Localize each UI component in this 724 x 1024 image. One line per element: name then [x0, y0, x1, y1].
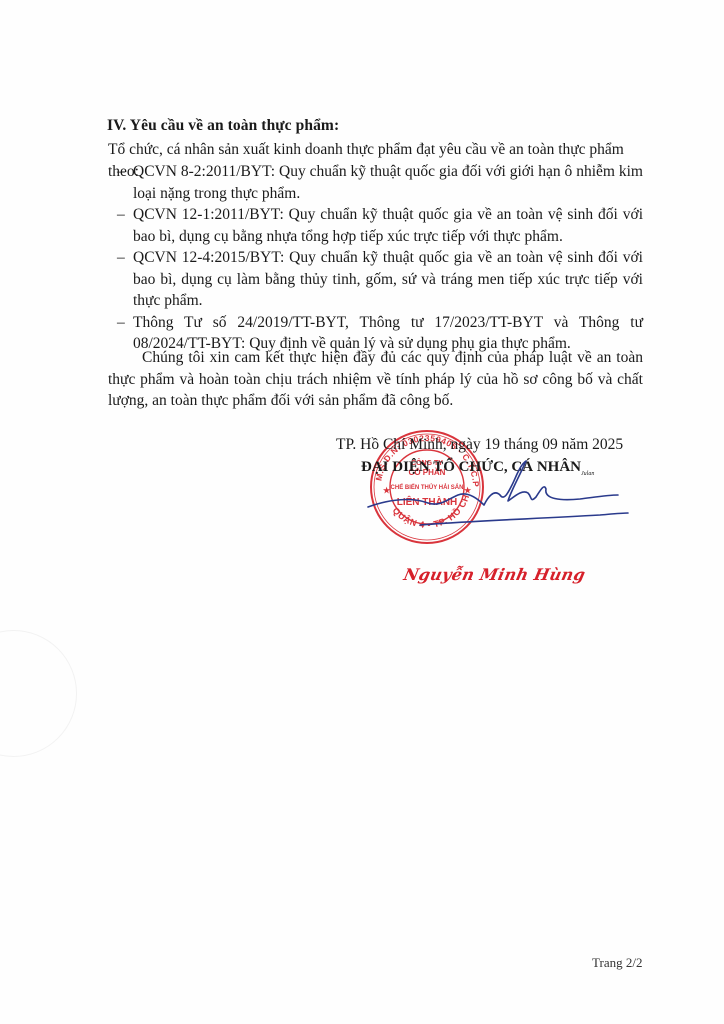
page-number: Trang 2/2 — [592, 955, 642, 971]
document-page: IV. Yêu cầu về an toàn thực phẩm: Tổ chứ… — [0, 0, 724, 1024]
dash-bullet: – — [117, 161, 125, 183]
list-item: – QCVN 8-2:2011/BYT: Quy chuẩn kỹ thuật … — [117, 161, 643, 204]
dash-bullet: – — [117, 204, 125, 226]
list-item: – QCVN 12-4:2015/BYT: Quy chuẩn kỹ thuật… — [117, 247, 643, 312]
commitment-paragraph: Chúng tôi xin cam kết thực hiện đầy đủ c… — [108, 347, 643, 412]
regulation-list: – QCVN 8-2:2011/BYT: Quy chuẩn kỹ thuật … — [117, 161, 643, 355]
list-item-text: QCVN 12-4:2015/BYT: Quy chuẩn kỹ thuật q… — [133, 249, 643, 309]
list-item: – QCVN 12-1:2011/BYT: Quy chuẩn kỹ thuật… — [117, 204, 643, 247]
handwritten-signature-icon — [360, 455, 630, 535]
signer-name: Nguyễn Minh Hùng — [402, 565, 587, 584]
dash-bullet: – — [117, 247, 125, 269]
bleed-through-stamp — [0, 630, 77, 757]
dash-bullet: – — [117, 312, 125, 334]
section-title: IV. Yêu cầu về an toàn thực phẩm: — [107, 117, 339, 135]
list-item-text: QCVN 8-2:2011/BYT: Quy chuẩn kỹ thuật qu… — [133, 163, 643, 202]
list-item-text: QCVN 12-1:2011/BYT: Quy chuẩn kỹ thuật q… — [133, 206, 643, 245]
date-line: TP. Hồ Chí Minh, ngày 19 tháng 09 năm 20… — [336, 436, 623, 454]
